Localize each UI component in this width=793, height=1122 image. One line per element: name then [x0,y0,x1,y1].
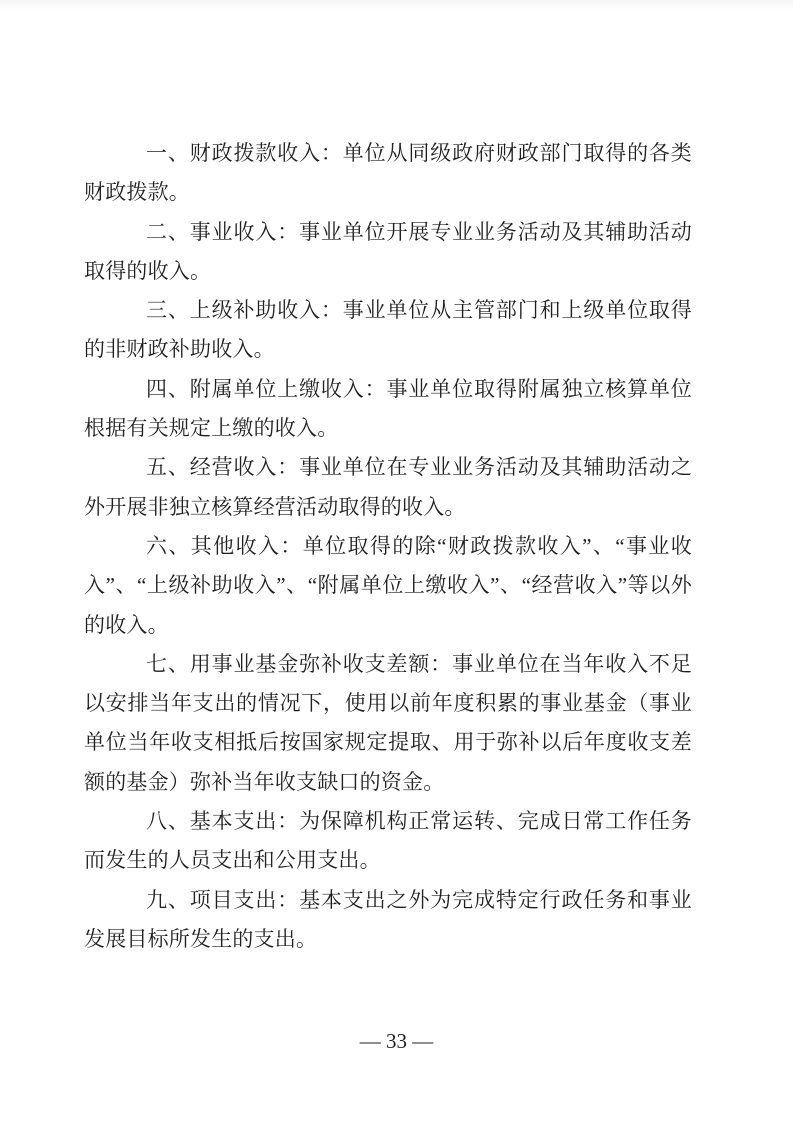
page-number: — 33 — [0,1028,793,1054]
paragraph-3: 三、上级补助收入：事业单位从主管部门和上级单位取得的非财政补助收入。 [84,291,692,370]
document-body: 一、财政拨款收入：单位从同级政府财政部门取得的各类财政拨款。 二、事业收入：事业… [84,134,692,959]
paragraph-6: 六、其他收入：单位取得的除“财政拨款收入”、“事业收入”、“上级补助收入”、“附… [84,527,692,645]
paragraph-1: 一、财政拨款收入：单位从同级政府财政部门取得的各类财政拨款。 [84,134,692,213]
paragraph-2: 二、事业收入：事业单位开展专业业务活动及其辅助活动取得的收入。 [84,213,692,292]
paragraph-7: 七、用事业基金弥补收支差额：事业单位在当年收入不足以安排当年支出的情况下，使用以… [84,645,692,802]
paragraph-5: 五、经营收入：事业单位在专业业务活动及其辅助活动之外开展非独立核算经营活动取得的… [84,448,692,527]
paragraph-4: 四、附属单位上缴收入：事业单位取得附属独立核算单位根据有关规定上缴的收入。 [84,370,692,449]
scan-edge-shadow [0,0,793,12]
document-page: 一、财政拨款收入：单位从同级政府财政部门取得的各类财政拨款。 二、事业收入：事业… [0,0,793,1122]
paragraph-8: 八、基本支出：为保障机构正常运转、完成日常工作任务而发生的人员支出和公用支出。 [84,802,692,881]
paragraph-9: 九、项目支出：基本支出之外为完成特定行政任务和事业发展目标所发生的支出。 [84,881,692,960]
